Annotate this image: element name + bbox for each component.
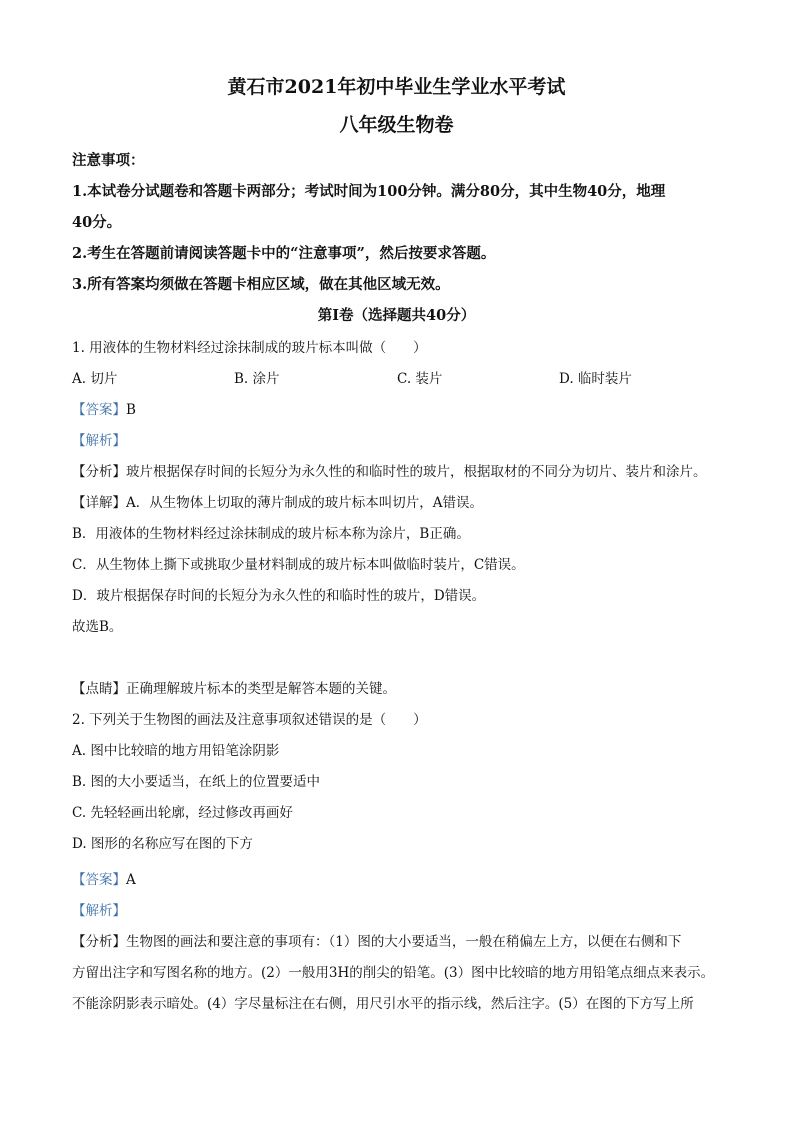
notes-heading: 注意事项： — [72, 152, 145, 170]
q1-option-b: B. 涂片 — [234, 370, 280, 388]
q1-xiangjie-a: 【详解】A．从生物体上切取的薄片制成的玻片标本叫切片，A错误。 — [72, 494, 483, 512]
q2-option-b: B. 图的大小要适当，在纸上的位置要适中 — [72, 773, 320, 791]
q1-option-d: D. 临时装片 — [559, 370, 632, 388]
q2-option-c: C. 先轻轻画出轮廓，经过修改再画好 — [72, 804, 293, 822]
q1-option-a: A. 切片 — [72, 370, 117, 388]
document-page: 黄石市2021年初中毕业生学业水平考试 八年级生物卷 注意事项： 1.本试卷分试… — [0, 0, 793, 1122]
note-item-1: 1.本试卷分试题卷和答题卡两部分；考试时间为100分钟。满分80分，其中生物40… — [72, 183, 665, 201]
fenxi-label: 【分析】 — [72, 464, 126, 480]
q1-answer: B — [126, 402, 136, 418]
xiangjie-label: 【详解】 — [72, 495, 126, 511]
q2-option-d: D. 图形的名称应写在图的下方 — [72, 835, 253, 853]
q1-fenxi: 【分析】玻片根据保存时间的长短分为永久性的和临时性的玻片，根据取材的不同分为切片… — [72, 463, 707, 481]
question-2-stem: 2. 下列关于生物图的画法及注意事项叙述错误的是（ ） — [72, 711, 427, 729]
q1-analysis-label: 【解析】 — [72, 432, 126, 450]
note-item-1-cont: 40分。 — [72, 214, 121, 232]
q1-conclusion: 故选B。 — [72, 618, 122, 636]
q2-analysis-label: 【解析】 — [72, 902, 126, 920]
q1-option-c: C. 装片 — [397, 370, 442, 388]
fenxi-label: 【分析】 — [72, 934, 126, 950]
answer-label: 【答案】 — [72, 872, 126, 888]
note-item-3: 3.所有答案均须做在答题卡相应区域，做在其他区域无效。 — [72, 276, 450, 294]
q1-dianjing: 【点睛】正确理解玻片标本的类型是解答本题的关键。 — [72, 680, 396, 698]
q2-fenxi-1: 【分析】生物图的画法和要注意的事项有：（1）图的大小要适当，一般在稍偏左上方，以… — [72, 933, 681, 951]
q2-fenxi-3: 不能涂阴影表示暗处。(4）字尽量标注在右侧，用尺引水平的指示线，然后注字。(5）… — [72, 995, 694, 1013]
q2-fenxi-2: 方留出注字和写图名称的地方。(2）一般用3H的削尖的铅笔。(3）图中比较暗的地方… — [72, 964, 714, 982]
exam-subtitle: 八年级生物卷 — [0, 110, 793, 137]
q1-xiangjie-a-text: A．从生物体上切取的薄片制成的玻片标本叫切片，A错误。 — [126, 495, 483, 511]
q1-xiangjie-d: D．玻片根据保存时间的长短分为永久性的和临时性的玻片，D错误。 — [72, 587, 485, 605]
section-title: 第Ⅰ卷（选择题共40分） — [0, 307, 793, 325]
q2-fenxi-text-1: 生物图的画法和要注意的事项有：（1）图的大小要适当，一般在稍偏左上方，以便在右侧… — [126, 934, 681, 950]
q2-answer: A — [126, 872, 136, 888]
q1-xiangjie-c: C．从生物体上撕下或挑取少量材料制成的玻片标本叫做临时装片，C错误。 — [72, 556, 525, 574]
question-1-stem: 1. 用液体的生物材料经过涂抹制成的玻片标本叫做（ ） — [72, 339, 427, 357]
q2-answer-line: 【答案】A — [72, 871, 136, 889]
q1-xiangjie-b: B．用液体的生物材料经过涂抹制成的玻片标本称为涂片，B正确。 — [72, 525, 470, 543]
exam-title: 黄石市2021年初中毕业生学业水平考试 — [0, 72, 793, 99]
note-item-2: 2.考生在答题前请阅读答题卡中的“注意事项”，然后按要求答题。 — [72, 245, 495, 263]
q1-fenxi-text: 玻片根据保存时间的长短分为永久性的和临时性的玻片，根据取材的不同分为切片、装片和… — [126, 464, 707, 480]
q2-option-a: A. 图中比较暗的地方用铅笔涂阴影 — [72, 742, 279, 760]
q1-dianjing-text: 正确理解玻片标本的类型是解答本题的关键。 — [126, 681, 396, 697]
q1-answer-line: 【答案】B — [72, 401, 136, 419]
answer-label: 【答案】 — [72, 402, 126, 418]
dianjing-label: 【点睛】 — [72, 681, 126, 697]
